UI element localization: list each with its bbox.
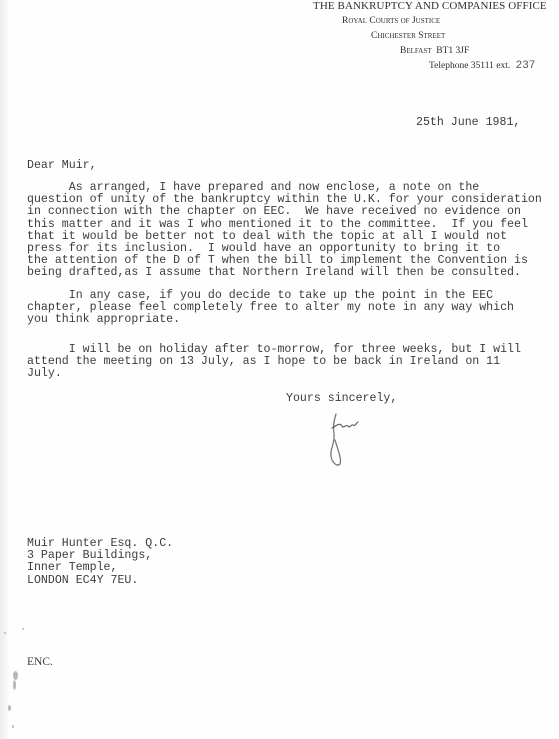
paper-speck	[8, 705, 11, 711]
closing: Yours sincerely,	[286, 393, 397, 405]
city-line: Belfast BT1 3JF	[400, 46, 469, 56]
body-paragraph-3: I will be on holiday after to-morrow, fo…	[27, 344, 521, 381]
telephone-line: Telephone 35111 ext. 237	[429, 60, 535, 72]
courts-name: Royal Courts of Justice	[342, 16, 440, 26]
street-address: Chichester Street	[371, 31, 445, 41]
body-paragraph-1: As arranged, I have prepared and now enc…	[27, 182, 542, 280]
paper-speck	[4, 632, 6, 634]
paper-speck	[13, 671, 18, 680]
letter-page: THE BANKRUPTCY AND COMPANIES OFFICE Roya…	[0, 0, 559, 739]
recipient-address: Muir Hunter Esq. Q.C. 3 Paper Buildings,…	[27, 538, 173, 587]
telephone-label: Telephone 35111 ext.	[429, 61, 510, 71]
paper-speck	[12, 725, 14, 728]
letter-date: 25th June 1981,	[416, 117, 520, 129]
office-name: THE BANKRUPTCY AND COMPANIES OFFICE	[313, 0, 547, 12]
paper-speck	[22, 628, 24, 630]
postcode: BT1 3JF	[436, 46, 469, 56]
body-paragraph-2: In any case, if you do decide to take up…	[27, 290, 514, 327]
telephone-extension: 237	[516, 60, 536, 72]
paper-speck	[13, 680, 16, 690]
signature-icon	[320, 410, 380, 470]
salutation: Dear Muir,	[27, 160, 97, 172]
city: Belfast	[400, 46, 432, 56]
enclosure-note: ENC.	[27, 656, 53, 668]
